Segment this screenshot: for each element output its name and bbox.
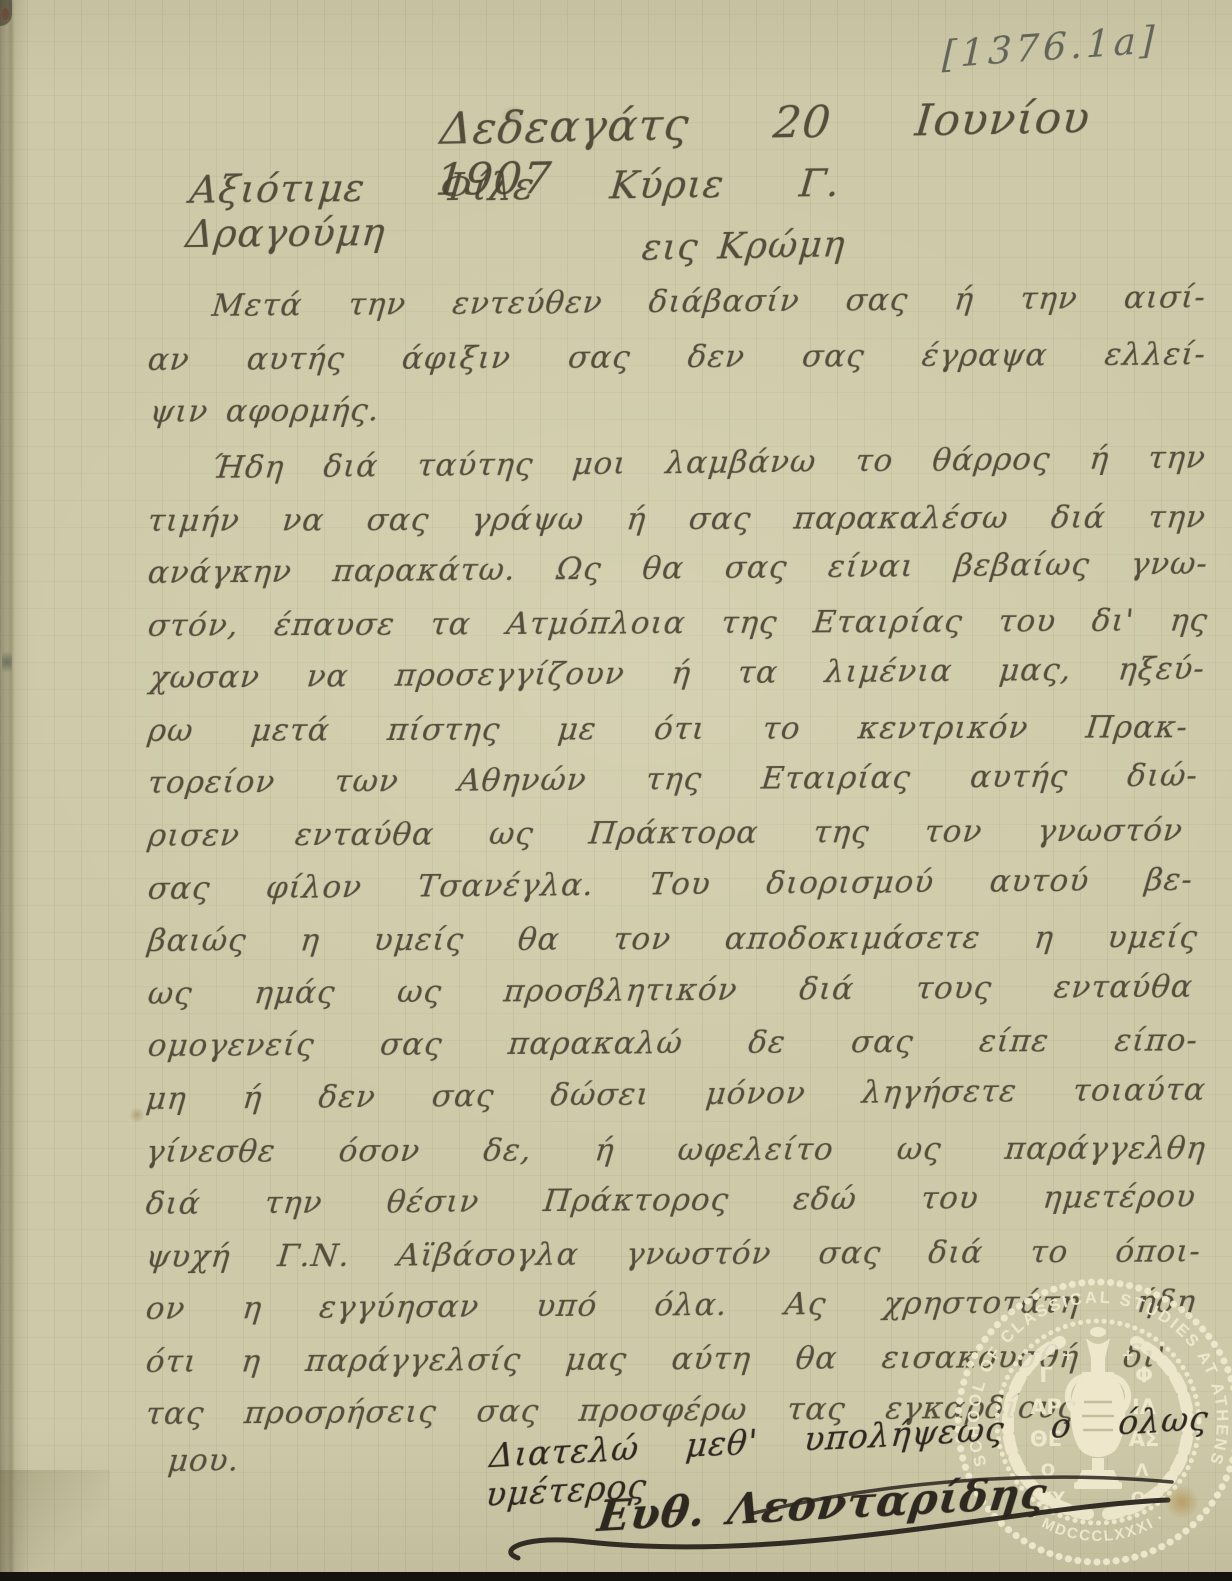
handwriting-line: γίνεσθε όσον δε, ή ωφελείτο ως παράγγελθ… bbox=[144, 1130, 1208, 1170]
handwriting-line: ανάγκην παρακάτω. Ως θα σας είναι βεβαίω… bbox=[146, 546, 1209, 591]
svg-text:Φ: Φ bbox=[1135, 1363, 1153, 1387]
handwriting-line: αν αυτής άφιξιν σας δεν σας έγραψα ελλεί… bbox=[146, 336, 1208, 378]
handwriting-line: χωσαν να προσεγγίζουν ή τα λιμένια μας, … bbox=[148, 651, 1206, 696]
archive-reference: [1376.1a] bbox=[942, 18, 1159, 76]
handwriting-line: Μετά την εντεύθεν διάβασίν σας ή την αισ… bbox=[210, 279, 1207, 324]
page-left-edge-shadow bbox=[0, 0, 30, 1581]
handwriting-line: διά την θέσιν Πράκτορος εδώ του ημετέρου bbox=[144, 1179, 1198, 1222]
handwriting-line: ψιν αφορμής. bbox=[148, 392, 381, 430]
letter-address-line: εις Κρώμη bbox=[640, 224, 847, 269]
handwriting-line: ρω μετά πίστης με ότι το κεντρικόν Πρακ- bbox=[146, 709, 1190, 749]
handwriting-line: ψυχή Γ.Ν. Αϊβάσογλα γνωστόν σας διά το ό… bbox=[144, 1233, 1203, 1275]
handwriting-line: μου. bbox=[166, 1442, 241, 1479]
svg-text:Γ: Γ bbox=[1039, 1363, 1052, 1387]
handwriting-line: Ήδη διά ταύτης μοι λαμβάνω το θάρρος ή τ… bbox=[210, 440, 1207, 486]
svg-text:+: + bbox=[1062, 1346, 1075, 1364]
bottom-left-smear bbox=[0, 1470, 110, 1572]
handwriting-line: ομογενείς σας παρακαλώ δε σας είπε είπο- bbox=[146, 1022, 1200, 1064]
foxing-spot bbox=[1164, 1486, 1200, 1518]
scanned-letter-page: [1376.1a] Δεδεαγάτς 20 Ιουνίου 1907 Αξιό… bbox=[0, 0, 1232, 1581]
page-crease bbox=[9, 0, 13, 1581]
handwriting-line: βαιώς η υμείς θα τον αποδοκιμάσετε η υμε… bbox=[146, 919, 1200, 959]
edge-speck bbox=[2, 648, 12, 676]
handwriting-line: τορείον των Αθηνών της Εταιρίας αυτής δι… bbox=[146, 758, 1200, 801]
signature-flourish bbox=[500, 1462, 1200, 1580]
foxing-spot bbox=[128, 1108, 146, 1122]
handwriting-line: στόν, έπαυσε τα Ατμόπλοια της Εταιρίας τ… bbox=[146, 602, 1210, 644]
handwriting-line: ως ημάς ως προσβλητικόν διά τους ενταύθα bbox=[146, 969, 1195, 1012]
handwriting-line: σας φίλον Τσανέγλα. Του διορισμού αυτού … bbox=[146, 862, 1194, 907]
svg-text:+: + bbox=[1122, 1346, 1135, 1364]
edge-speck bbox=[2, 8, 9, 20]
scan-bottom-edge bbox=[0, 1572, 1232, 1581]
handwriting-line: ρισεν ενταύθα ως Πράκτορα της τον γνωστό… bbox=[146, 813, 1185, 854]
handwriting-line: μη ή δεν σας δώσει μόνον ληγήσετε τοιαύτ… bbox=[144, 1072, 1207, 1117]
handwriting-line: τιμήν να σας γράψω ή σας παρακαλέσω διά … bbox=[146, 499, 1208, 539]
